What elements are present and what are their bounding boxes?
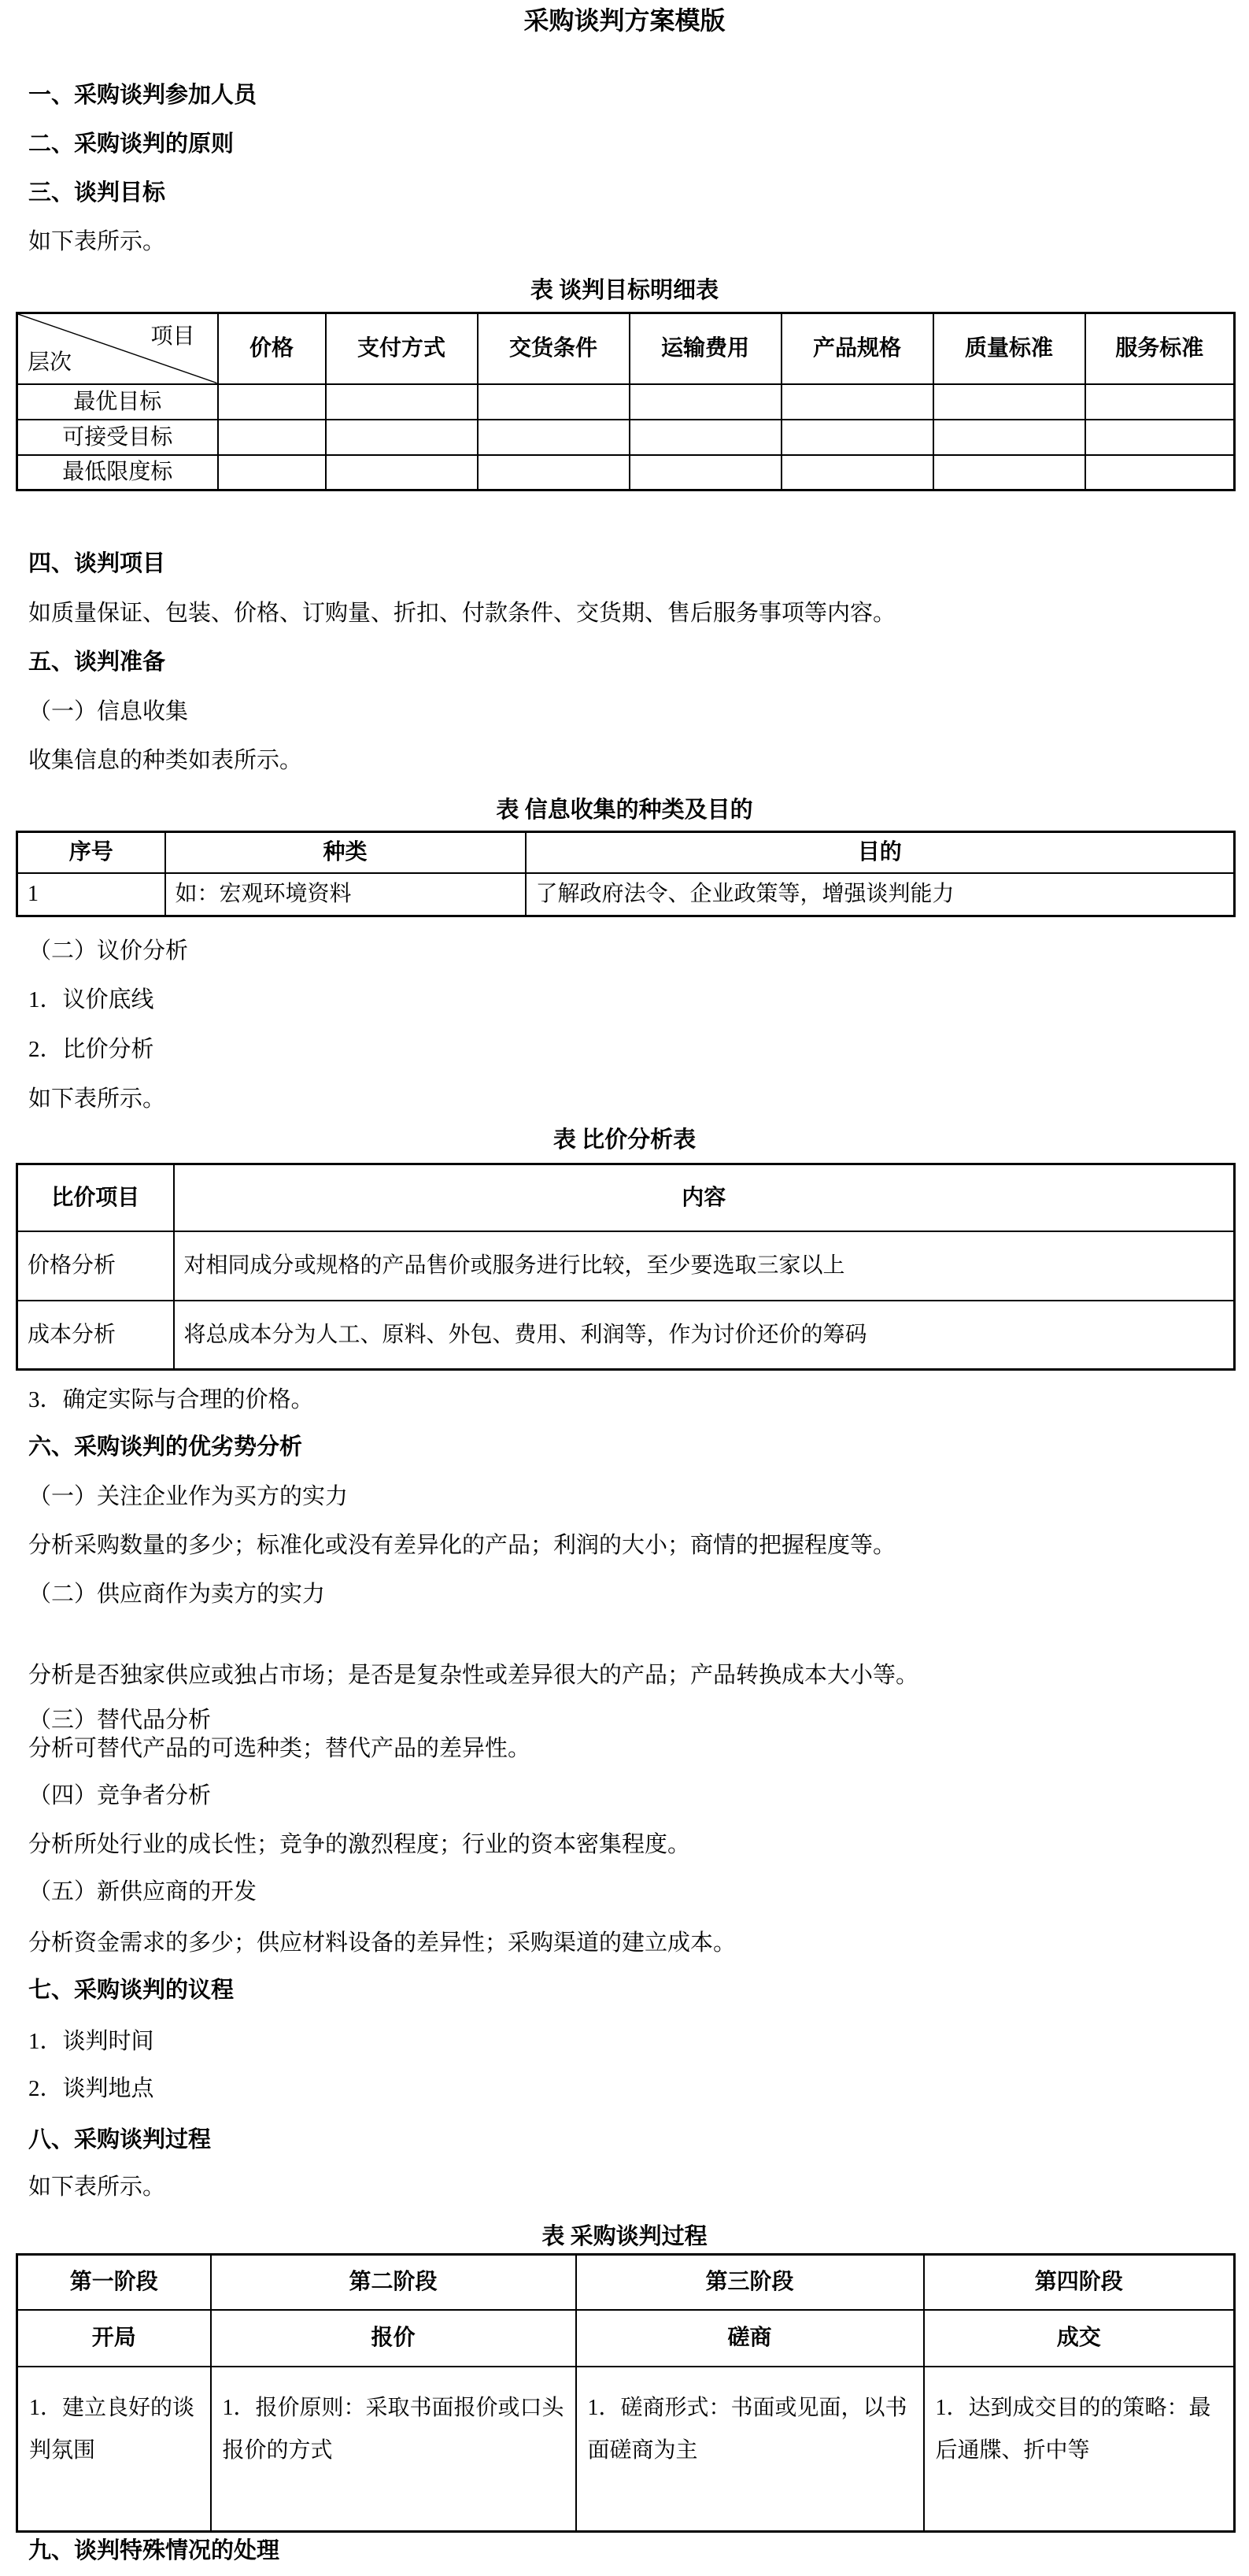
paragraph-table3-intro: 如下表所示。 [28, 1086, 1249, 1112]
table-header-cell: 第三阶段 [576, 2255, 924, 2310]
table-header-cell: 第二阶段 [211, 2255, 576, 2310]
table-header-cell: 产品规格 [782, 313, 933, 384]
heading-section-3: 三、谈判目标 [28, 180, 1249, 206]
corner-label-level: 层次 [28, 350, 72, 376]
table-header-cell: 第一阶段 [17, 2255, 211, 2310]
table-header-row: 比价项目 内容 [17, 1164, 1235, 1231]
table2-caption: 表 信息收集的种类及目的 [0, 798, 1249, 824]
table-header-cell: 成交 [924, 2310, 1235, 2367]
empty-cell [326, 455, 478, 490]
subheading-price-analysis: （二）议价分析 [28, 938, 1249, 964]
negotiation-targets-table: 项目 层次 价格 支付方式 交货条件 运输费用 产品规格 质量标准 服务标准 最… [16, 312, 1236, 491]
table-header-cell: 序号 [17, 832, 165, 873]
table-row: 可接受目标 [17, 420, 1235, 455]
empty-cell [478, 384, 630, 420]
paragraph-buyer-strength: 分析采购数量的多少；标准化或没有差异化的产品；利润的大小；商情的把握程度等。 [28, 1533, 1249, 1559]
heading-section-6: 六、采购谈判的优劣势分析 [28, 1434, 1249, 1460]
list-item-2: 2．比价分析 [28, 1037, 1249, 1063]
empty-cell [1085, 384, 1235, 420]
table-cell: 成本分析 [17, 1301, 174, 1370]
table-cell: 1．达到成交目的的策略：最后通牒、折中等 [924, 2367, 1235, 2532]
empty-cell [782, 384, 933, 420]
corner-label-project: 项目 [150, 324, 194, 350]
table-header-cell: 比价项目 [17, 1164, 174, 1231]
list-item-1: 1．议价底线 [28, 987, 1249, 1013]
empty-cell [782, 420, 933, 455]
empty-cell [933, 455, 1085, 490]
empty-cell [326, 384, 478, 420]
heading-section-5: 五、谈判准备 [28, 650, 1249, 675]
table-row: 1．建立良好的谈判氛围 1．报价原则：采取书面报价或口头报价的方式 1．磋商形式… [17, 2367, 1235, 2532]
table-row: 最低限度标 [17, 455, 1235, 490]
heading-section-7: 七、采购谈判的议程 [28, 1978, 1249, 2004]
table-header-cell: 交货条件 [478, 313, 630, 384]
paragraph-seller-strength: 分析是否独家供应或独占市场；是否是复杂性或差异很大的产品；产品转换成本大小等。 [28, 1663, 1249, 1689]
row-label: 可接受目标 [17, 420, 218, 455]
paragraph-table1-intro: 如下表所示。 [28, 229, 1249, 255]
subheading-substitutes: （三）替代品分析 [28, 1708, 1249, 1734]
table-header-cell: 内容 [174, 1164, 1235, 1231]
table-cell: 了解政府法令、企业政策等，增强谈判能力 [526, 873, 1235, 916]
document-page: 采购谈判方案模版 一、采购谈判参加人员 二、采购谈判的原则 三、谈判目标 如下表… [0, 0, 1249, 2576]
empty-cell [933, 420, 1085, 455]
info-collection-table: 序号 种类 目的 1 如：宏观环境资料 了解政府法令、企业政策等，增强谈判能力 [16, 831, 1236, 917]
empty-cell [218, 455, 326, 490]
table-header-cell: 种类 [165, 832, 526, 873]
row-label: 最低限度标 [17, 455, 218, 490]
table-cell: 1．报价原则：采取书面报价或口头报价的方式 [211, 2367, 576, 2532]
empty-cell [218, 384, 326, 420]
table-header-cell: 磋商 [576, 2310, 924, 2367]
doc-title: 采购谈判方案模版 [0, 6, 1249, 35]
table-cell: 价格分析 [17, 1231, 174, 1301]
subheading-info-collection: （一）信息收集 [28, 699, 1249, 725]
negotiation-process-table: 第一阶段 第二阶段 第三阶段 第四阶段 开局 报价 磋商 成交 1．建立良好的谈… [16, 2253, 1236, 2533]
table-header-cell: 质量标准 [933, 313, 1085, 384]
table-header-cell: 第四阶段 [924, 2255, 1235, 2310]
heading-section-1: 一、采购谈判参加人员 [28, 83, 1249, 109]
list-item-3: 3．确定实际与合理的价格。 [28, 1387, 1249, 1413]
paragraph-section-4: 如质量保证、包装、价格、订购量、折扣、付款条件、交货期、售后服务事项等内容。 [28, 601, 1249, 627]
table-header-row: 序号 种类 目的 [17, 832, 1235, 873]
subheading-new-suppliers: （五）新供应商的开发 [28, 1879, 1249, 1905]
paragraph-competitors: 分析所处行业的成长性；竞争的激烈程度；行业的资本密集程度。 [28, 1832, 1249, 1858]
empty-cell [630, 420, 782, 455]
empty-cell [326, 420, 478, 455]
list-item-place: 2．谈判地点 [28, 2076, 1249, 2102]
empty-cell [630, 455, 782, 490]
table-row: 1 如：宏观环境资料 了解政府法令、企业政策等，增强谈判能力 [17, 873, 1235, 916]
heading-section-2: 二、采购谈判的原则 [28, 131, 1249, 157]
table-header-cell: 服务标准 [1085, 313, 1235, 384]
heading-section-4: 四、谈判项目 [28, 551, 1249, 577]
paragraph-substitutes: 分析可替代产品的可选种类；替代产品的差异性。 [28, 1736, 1249, 1762]
table-cell: 将总成本分为人工、原料、外包、费用、利润等，作为讨价还价的筹码 [174, 1301, 1235, 1370]
table-row: 成本分析 将总成本分为人工、原料、外包、费用、利润等，作为讨价还价的筹码 [17, 1301, 1235, 1370]
table-row: 价格分析 对相同成分或规格的产品售价或服务进行比较，至少要选取三家以上 [17, 1231, 1235, 1301]
subheading-buyer-strength: （一）关注企业作为买方的实力 [28, 1484, 1249, 1510]
table-cell: 对相同成分或规格的产品售价或服务进行比较，至少要选取三家以上 [174, 1231, 1235, 1301]
subheading-seller-strength: （二）供应商作为卖方的实力 [28, 1582, 1249, 1608]
paragraph-new-suppliers: 分析资金需求的多少；供应材料设备的差异性；采购渠道的建立成本。 [28, 1930, 1249, 1956]
table1-caption: 表 谈判目标明细表 [0, 278, 1249, 304]
table-header-cell: 运输费用 [630, 313, 782, 384]
table-header-row: 项目 层次 价格 支付方式 交货条件 运输费用 产品规格 质量标准 服务标准 [17, 313, 1235, 384]
table-subheader-row: 开局 报价 磋商 成交 [17, 2310, 1235, 2367]
list-item-time: 1．谈判时间 [28, 2029, 1249, 2055]
empty-cell [933, 384, 1085, 420]
table-header-cell: 价格 [218, 313, 326, 384]
empty-cell [1085, 420, 1235, 455]
subheading-competitors: （四）竞争者分析 [28, 1783, 1249, 1809]
empty-cell [782, 455, 933, 490]
empty-cell [630, 384, 782, 420]
table-cell: 如：宏观环境资料 [165, 873, 526, 916]
paragraph-table4-intro: 如下表所示。 [28, 2174, 1249, 2200]
table4-caption: 表 采购谈判过程 [0, 2224, 1249, 2250]
empty-cell [218, 420, 326, 455]
heading-section-8: 八、采购谈判过程 [28, 2127, 1249, 2153]
table-cell: 1 [17, 873, 165, 916]
diagonal-corner-cell: 项目 层次 [17, 313, 218, 384]
row-label: 最优目标 [17, 384, 218, 420]
price-comparison-table: 比价项目 内容 价格分析 对相同成分或规格的产品售价或服务进行比较，至少要选取三… [16, 1163, 1236, 1371]
table-row: 最优目标 [17, 384, 1235, 420]
table3-caption: 表 比价分析表 [0, 1127, 1249, 1153]
table-cell: 1．建立良好的谈判氛围 [17, 2367, 211, 2532]
paragraph-table2-intro: 收集信息的种类如表所示。 [28, 748, 1249, 774]
empty-cell [1085, 455, 1235, 490]
table-header-cell: 目的 [526, 832, 1235, 873]
empty-cell [478, 455, 630, 490]
table-header-row: 第一阶段 第二阶段 第三阶段 第四阶段 [17, 2255, 1235, 2310]
table-header-cell: 报价 [211, 2310, 576, 2367]
empty-cell [478, 420, 630, 455]
table-cell: 1．磋商形式：书面或见面，以书面磋商为主 [576, 2367, 924, 2532]
heading-section-9: 九、谈判特殊情况的处理 [28, 2538, 1249, 2564]
table-header-cell: 开局 [17, 2310, 211, 2367]
table-header-cell: 支付方式 [326, 313, 478, 384]
